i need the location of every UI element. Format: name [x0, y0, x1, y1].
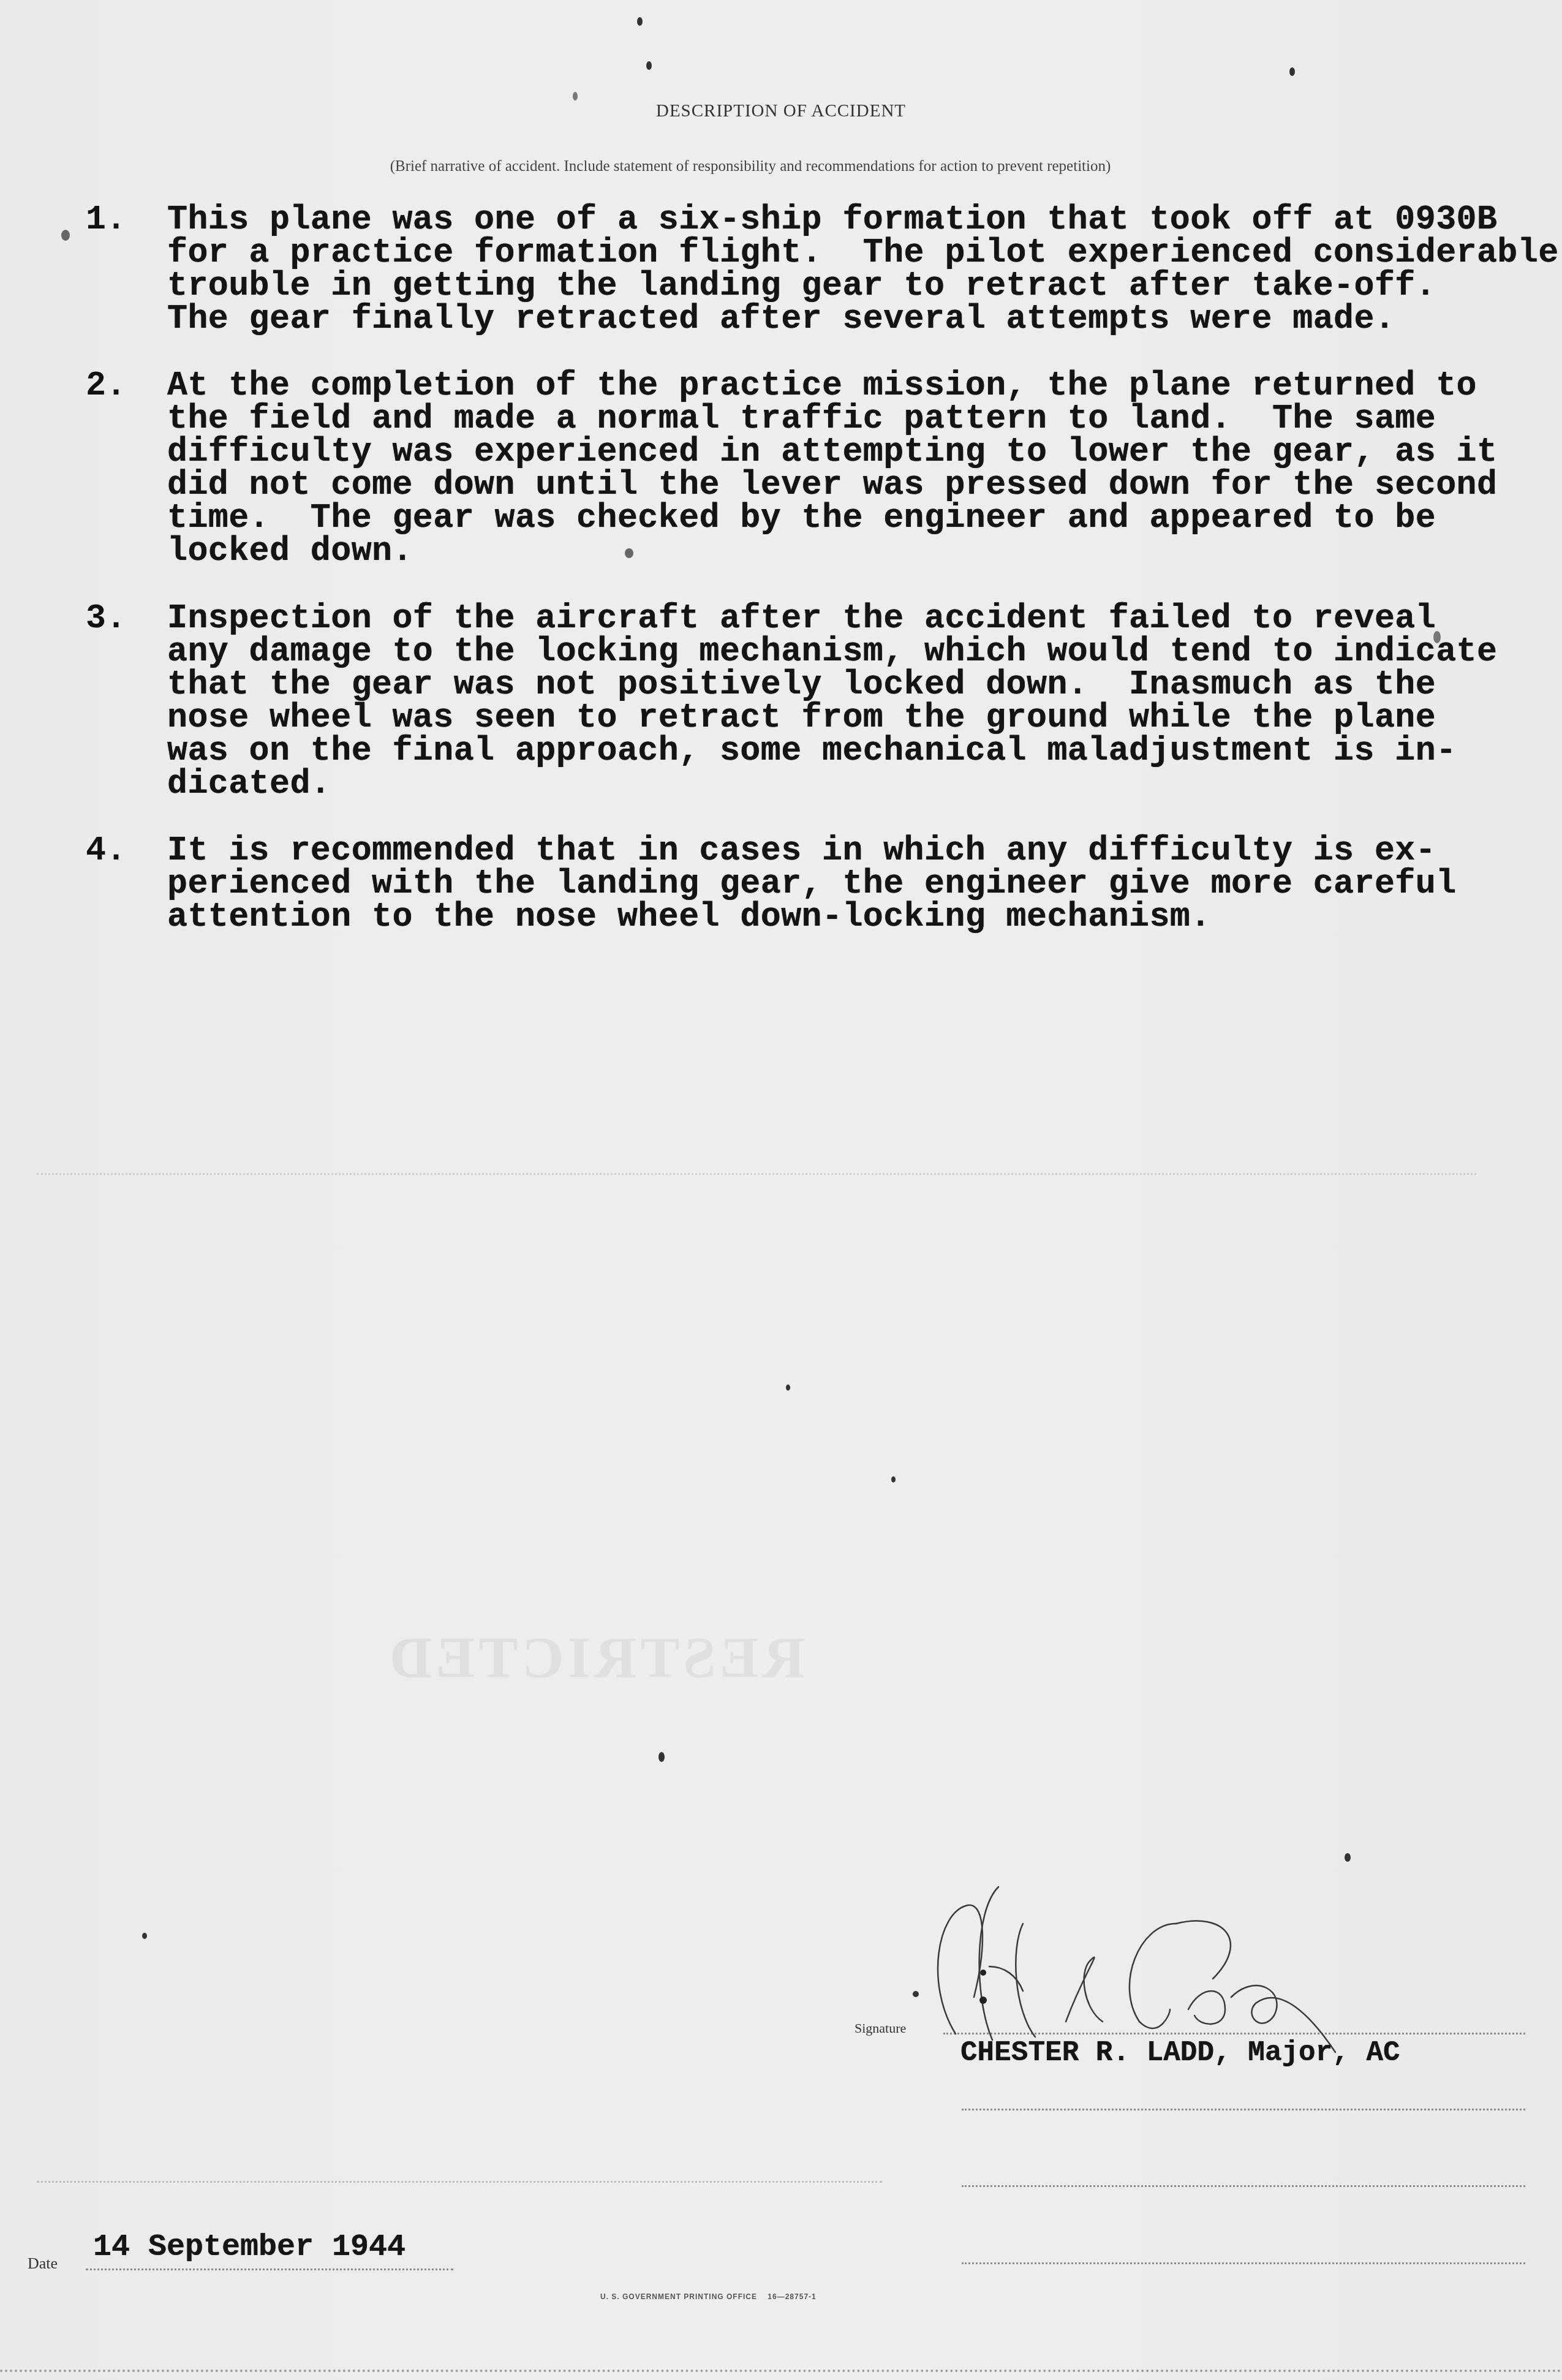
paragraph-line: the field and made a normal traffic patt… — [167, 402, 1495, 436]
paragraph-2: 2. At the completion of the practice mis… — [86, 369, 1495, 568]
scan-speck — [142, 1933, 147, 1939]
scan-speck — [61, 230, 70, 241]
paragraph-line: The gear finally retracted after several… — [167, 303, 1495, 336]
scan-speck — [646, 61, 652, 70]
scan-speck — [573, 92, 578, 100]
paragraph-number: 2. — [86, 369, 126, 402]
paragraph-line: attention to the nose wheel down-locking… — [167, 901, 1495, 934]
paragraph-line: for a practice formation flight. The pil… — [167, 236, 1495, 270]
date-line — [86, 2269, 453, 2270]
paragraph-line: It is recommended that in cases in which… — [167, 834, 1495, 867]
paragraph-line: dicated. — [167, 768, 1495, 801]
signature-line — [962, 2109, 1525, 2110]
paragraph-number: 3. — [86, 602, 126, 635]
paragraph-line: that the gear was not positively locked … — [167, 668, 1495, 701]
paragraph-line: time. The gear was checked by the engine… — [167, 502, 1495, 535]
scan-speck — [1345, 1853, 1351, 1862]
signature-label: Signature — [855, 2020, 906, 2036]
paragraph-1: 1. This plane was one of a six-ship form… — [86, 203, 1495, 336]
document-page: RESTRICTED DESCRIPTION OF ACCIDENT (Brie… — [0, 0, 1562, 2380]
handwritten-signature — [882, 1875, 1384, 2058]
scan-speck — [658, 1752, 665, 1762]
paragraph-number: 4. — [86, 834, 126, 867]
date-value: 14 September 1944 — [93, 2230, 406, 2265]
scan-speck — [891, 1476, 896, 1483]
paragraph-line: was on the final approach, some mechanic… — [167, 735, 1495, 768]
paragraph-line: At the completion of the practice missio… — [167, 369, 1495, 402]
paragraph-line: locked down. — [167, 535, 1495, 568]
signer-name: CHESTER R. LADD, Major, AC — [960, 2037, 1400, 2069]
paragraph-number: 1. — [86, 203, 126, 236]
signature-line — [962, 2185, 1525, 2187]
paragraph-line: nose wheel was seen to retract from the … — [167, 701, 1495, 735]
bleed-through-rule — [37, 2181, 882, 2183]
bleed-through-rule — [37, 1173, 1476, 1175]
paragraph-line: perienced with the landing gear, the eng… — [167, 867, 1495, 901]
form-instructions: (Brief narrative of accident. Include st… — [104, 158, 1397, 175]
paragraph-line: any damage to the locking mechanism, whi… — [167, 635, 1495, 668]
paragraph-3: 3. Inspection of the aircraft after the … — [86, 602, 1495, 801]
bleed-through-rule — [0, 2370, 1562, 2372]
paragraph-4: 4. It is recommended that in cases in wh… — [86, 834, 1495, 934]
scan-speck — [786, 1385, 790, 1391]
page-title: DESCRIPTION OF ACCIDENT — [0, 101, 1562, 121]
signature-line — [943, 2033, 1525, 2034]
scan-speck — [1289, 67, 1295, 76]
date-label: Date — [28, 2254, 58, 2273]
paragraph-line: difficulty was experienced in attempting… — [167, 436, 1495, 469]
paragraph-line: trouble in getting the landing gear to r… — [167, 270, 1495, 303]
paragraph-line: did not come down until the lever was pr… — [167, 469, 1495, 502]
paragraph-line: Inspection of the aircraft after the acc… — [167, 602, 1495, 635]
printer-imprint: U. S. GOVERNMENT PRINTING OFFICE 16—2875… — [600, 2292, 817, 2301]
paragraph-line: This plane was one of a six-ship formati… — [167, 203, 1495, 236]
bleed-through-stamp: RESTRICTED — [386, 1623, 805, 1691]
signature-line — [962, 2262, 1525, 2264]
scan-speck — [637, 17, 643, 26]
